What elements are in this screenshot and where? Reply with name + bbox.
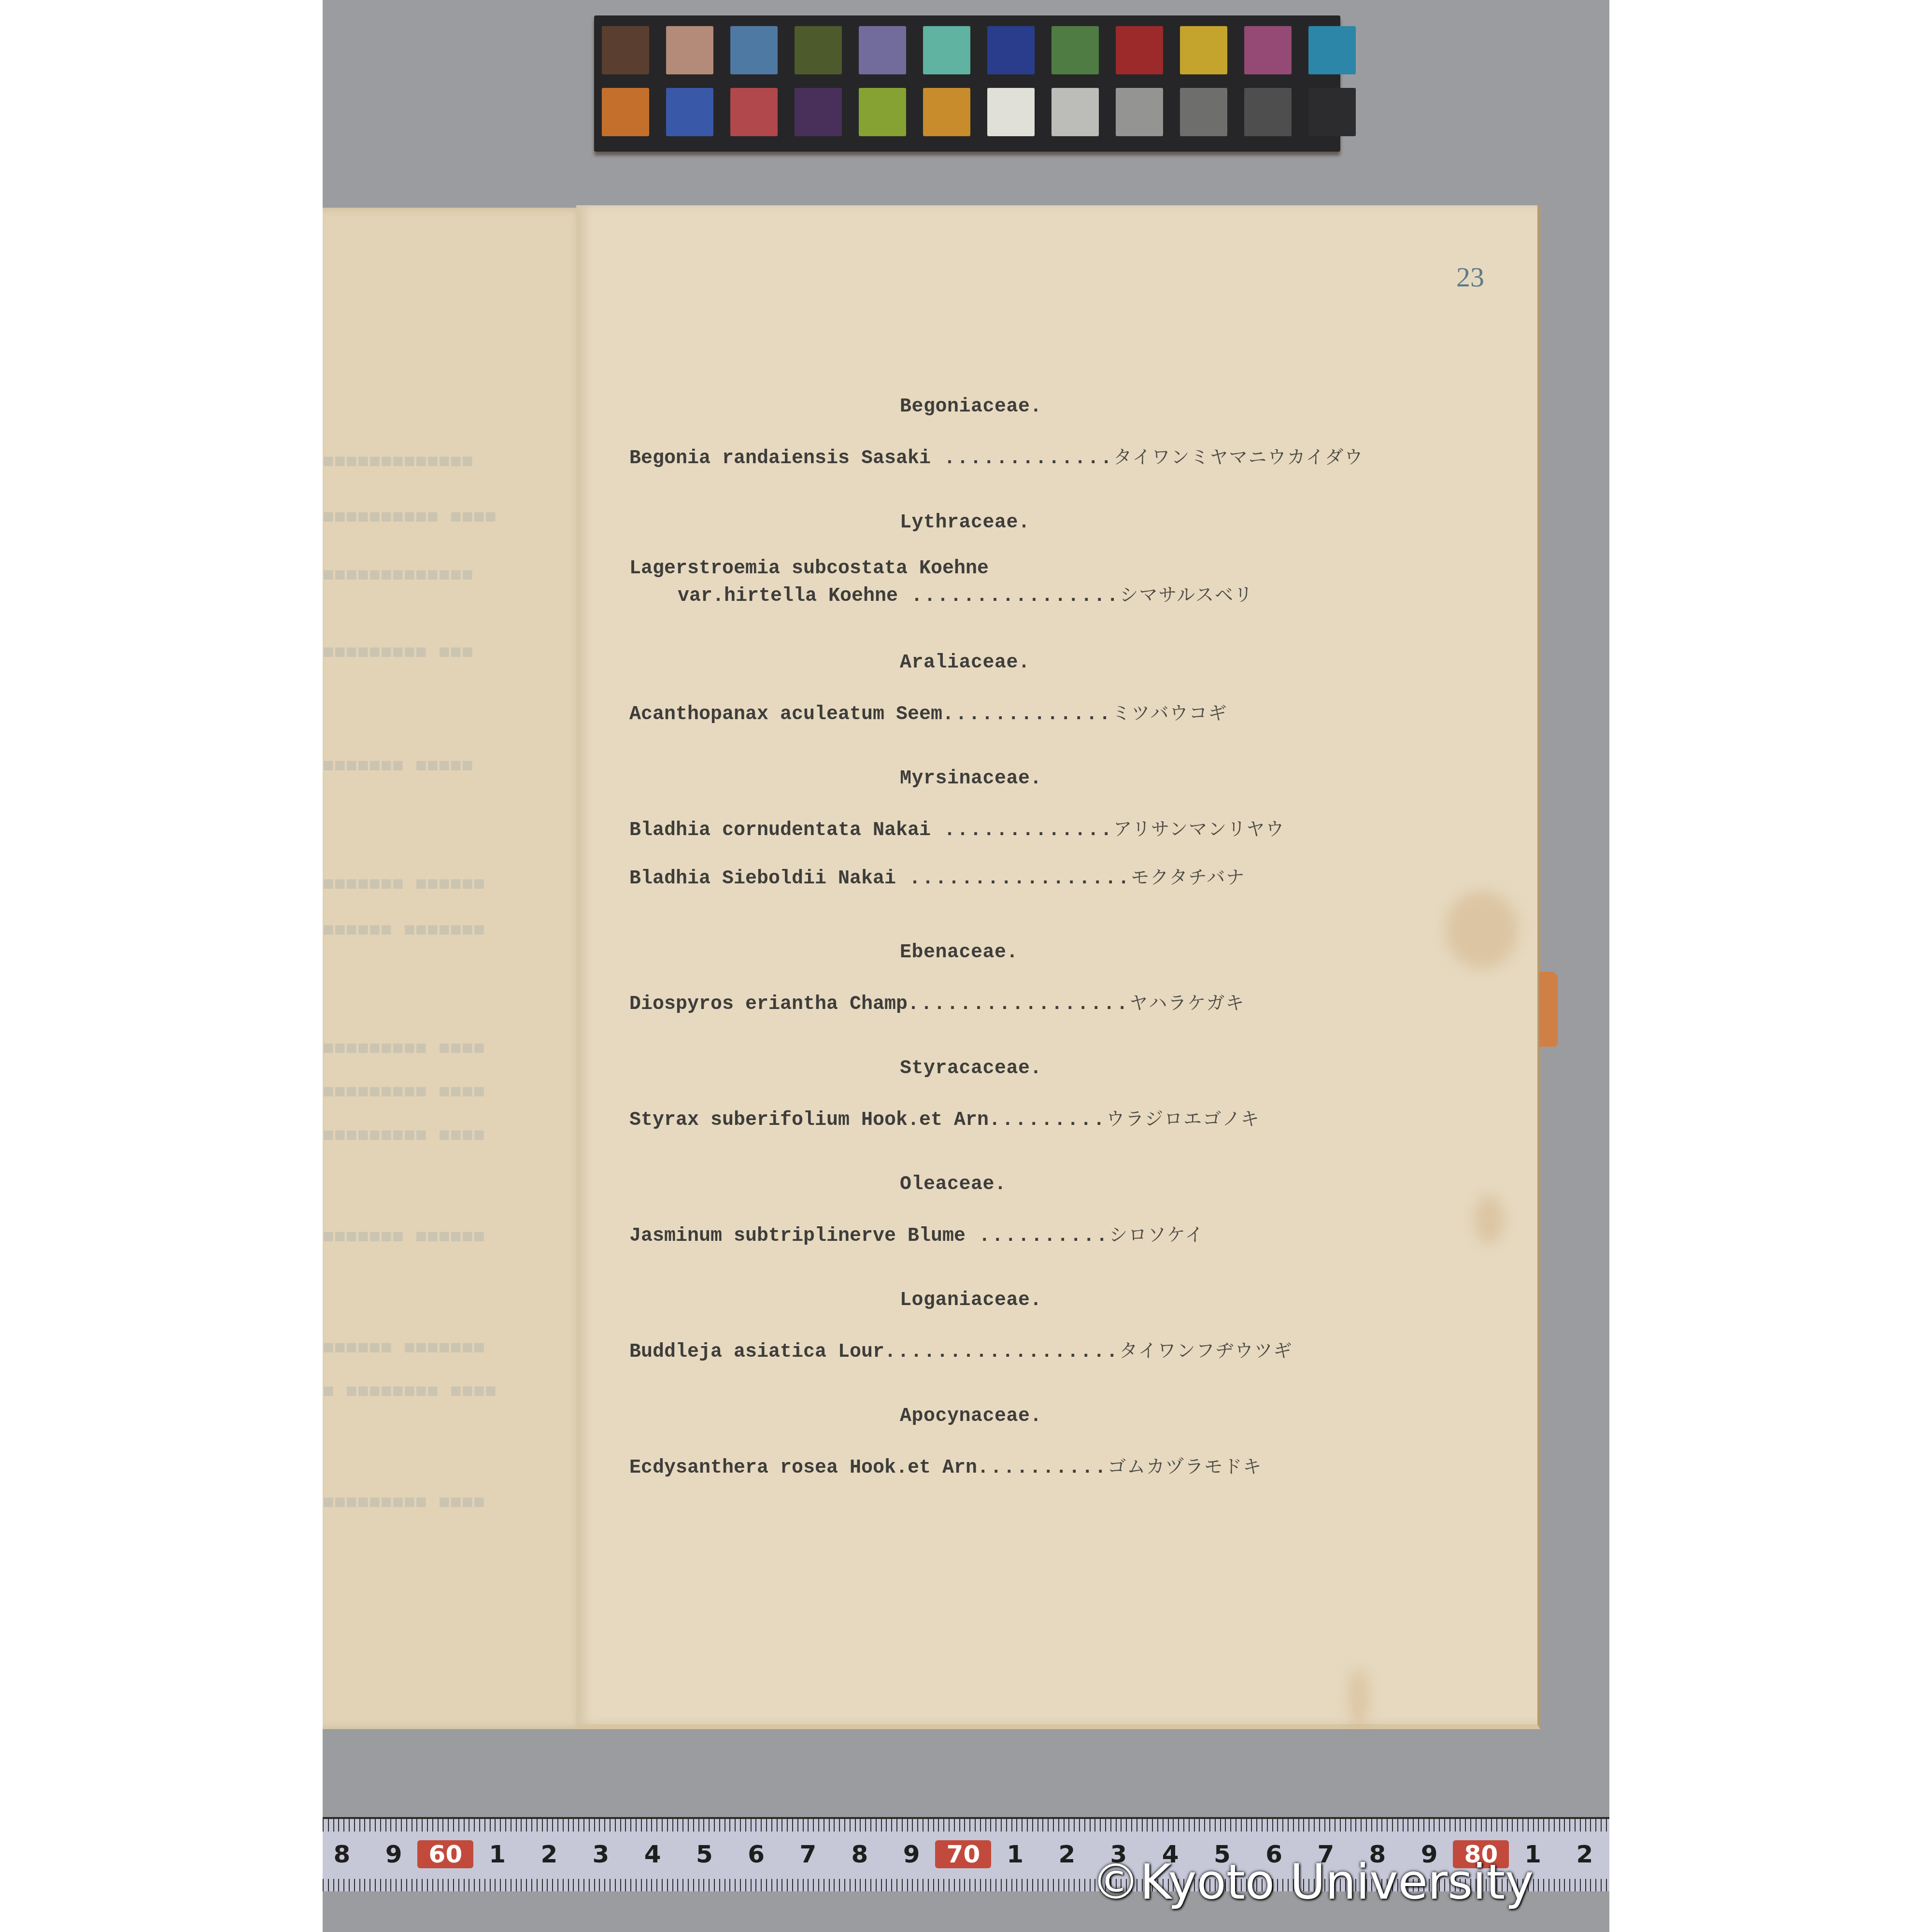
bleed-through-text: ■■■■ ■■■■■■■■■: [323, 1082, 485, 1104]
latin-name-continuation: var.hirtella Koehne ................シマサル…: [629, 580, 1253, 607]
bleed-through-text: ■■■■ ■■■■■■■■■: [323, 1125, 485, 1147]
latin-name: Jasminum subtriplinerve Blume: [629, 1225, 966, 1247]
japanese-name: シロソケイ: [1109, 1224, 1204, 1245]
paper-stain: [1475, 1195, 1504, 1244]
leader-dots: ..................: [884, 1341, 1119, 1363]
color-swatch: [1180, 26, 1227, 74]
family-heading: Myrsinaceae.: [900, 768, 1042, 790]
family-heading: Ebenaceae.: [900, 942, 1018, 964]
color-swatch: [666, 88, 713, 136]
leader-dots: ..........: [966, 1225, 1109, 1247]
latin-name: Buddleja asiatica Lour: [629, 1341, 884, 1363]
latin-name: Ecdysanthera rosea Hook.et Arn: [629, 1457, 977, 1479]
japanese-name: モクタチバナ: [1131, 867, 1245, 888]
color-swatch: [1244, 26, 1292, 74]
leader-dots: .............: [942, 704, 1112, 725]
color-checker-row-1: [602, 26, 1356, 74]
leader-dots: .................: [896, 868, 1131, 890]
japanese-name: ミツバウコギ: [1112, 702, 1227, 724]
ruler-label: 8: [327, 1840, 356, 1868]
color-swatch: [666, 26, 713, 74]
ruler-label: 6: [742, 1840, 771, 1868]
color-swatch: [1051, 26, 1099, 74]
bleed-through-text: ■■■■ ■■■■■■■■ ■: [323, 1381, 497, 1403]
leader-dots: ................: [898, 585, 1120, 607]
ruler-label: 3: [586, 1840, 615, 1868]
ruler-label: 4: [638, 1840, 667, 1868]
bleed-through-text: ■■■■■■ ■■■■■■■: [323, 1227, 485, 1249]
species-entry: Jasminum subtriplinerve Blume ..........…: [629, 1220, 1204, 1247]
right-page: [576, 205, 1540, 1729]
species-entry: Bladhia cornudentata Nakai .............…: [629, 814, 1285, 841]
copyright-watermark: ©Kyoto University: [1092, 1854, 1534, 1910]
japanese-name: ゴムカヅラモドキ: [1108, 1456, 1262, 1477]
family-heading: Begoniaceae.: [900, 396, 1042, 418]
species-entry: Buddleja asiatica Lour..................…: [629, 1335, 1293, 1363]
color-swatch: [602, 26, 649, 74]
japanese-name: シマサルスベリ: [1120, 584, 1253, 605]
japanese-name: ヤハラケガキ: [1129, 992, 1245, 1013]
bleed-through-text: ■■■■■■ ■■■■■■■: [323, 874, 485, 896]
bleed-through-text: ■■■■■ ■■■■■■■: [323, 756, 473, 778]
species-entry: Diospyros eriantha Champ................…: [629, 988, 1245, 1015]
color-swatch: [795, 26, 842, 74]
ruler-label: 5: [690, 1840, 719, 1868]
paper-stain: [1349, 1669, 1368, 1727]
color-swatch: [1116, 88, 1163, 136]
ruler-label: 1: [1001, 1840, 1030, 1868]
japanese-name: タイワンフヂウツギ: [1119, 1340, 1293, 1361]
latin-name: Bladhia Sieboldii Nakai: [629, 868, 896, 890]
japanese-name: アリサンマンリヤウ: [1113, 818, 1285, 839]
color-swatch: [1308, 88, 1356, 136]
species-entry: Styrax suberifolium Hook.et Arn.........…: [629, 1104, 1260, 1131]
ruler-major-label: 70: [935, 1840, 991, 1868]
species-entry: Acanthopanax aculeatum Seem.............…: [629, 698, 1227, 725]
family-heading: Apocynaceae.: [900, 1406, 1042, 1427]
color-checker: [594, 15, 1340, 152]
index-tab: [1539, 972, 1558, 1047]
latin-name: Styrax suberifolium Hook.et Arn: [629, 1109, 989, 1131]
color-swatch: [859, 26, 906, 74]
bleed-through-text: ■■■■ ■■■■■■■■■: [323, 1038, 485, 1060]
color-swatch: [859, 88, 906, 136]
ruler-label: 1: [483, 1840, 512, 1868]
species-entry: Bladhia Sieboldii Nakai ................…: [629, 862, 1245, 890]
color-swatch: [730, 26, 778, 74]
color-swatch: [1180, 88, 1227, 136]
species-entry: Begonia randaiensis Sasaki .............…: [629, 442, 1364, 469]
latin-name: Acanthopanax aculeatum Seem: [629, 704, 942, 725]
color-swatch: [602, 88, 649, 136]
leader-dots: .............: [931, 448, 1113, 469]
ruler-label: 2: [535, 1840, 564, 1868]
family-heading: Oleaceae.: [900, 1174, 1007, 1195]
bleed-through-text: ■■■■■■■ ■■■■■■: [323, 1338, 485, 1360]
color-swatch: [1116, 26, 1163, 74]
ruler-label: 2: [1052, 1840, 1081, 1868]
leader-dots: .............: [931, 820, 1113, 841]
leader-dots: .................: [908, 994, 1129, 1015]
color-swatch: [795, 88, 842, 136]
color-swatch: [1051, 88, 1099, 136]
japanese-name: ウラジロエゴノキ: [1106, 1108, 1260, 1129]
latin-name: Lagerstroemia subcostata Koehne: [629, 558, 989, 580]
ruler-label: 2: [1570, 1840, 1599, 1868]
ruler-major-label: 60: [417, 1840, 473, 1868]
bleed-through-text: ■■■■■■■ ■■■■■■: [323, 920, 485, 942]
leader-dots: .........: [989, 1109, 1106, 1131]
latin-name: Diospyros eriantha Champ: [629, 994, 908, 1015]
bleed-through-text: ■■■■■■■■■■■■■: [323, 565, 473, 587]
color-swatch: [730, 88, 778, 136]
ruler-label: 8: [845, 1840, 874, 1868]
ruler-label: 7: [794, 1840, 823, 1868]
species-entry: Lagerstroemia subcostata Koehnevar.hirte…: [629, 558, 1253, 607]
leader-dots: ..........: [977, 1457, 1108, 1479]
left-page: ■■■■■■■■■■■■■ ■■■■ ■■■■■■■■■■ ■■■■■■■■■■…: [323, 208, 586, 1729]
ruler-label: 9: [897, 1840, 926, 1868]
page-number: 23: [1456, 261, 1484, 293]
ruler-label: 9: [379, 1840, 408, 1868]
color-swatch: [987, 26, 1035, 74]
latin-name: Begonia randaiensis Sasaki: [629, 448, 931, 469]
color-swatch: [923, 26, 970, 74]
color-checker-row-2: [602, 88, 1356, 136]
bleed-through-text: ■■■■■■■■■■■■■: [323, 452, 473, 473]
bleed-through-text: ■■■■ ■■■■■■■■■: [323, 1492, 485, 1514]
bleed-through-text: ■■■■ ■■■■■■■■■■: [323, 507, 497, 529]
species-entry: Ecdysanthera rosea Hook.et Arn..........…: [629, 1451, 1262, 1479]
color-swatch: [1308, 26, 1356, 74]
family-heading: Araliaceae.: [900, 652, 1030, 674]
japanese-name: タイワンミヤマニウカイダウ: [1113, 446, 1364, 468]
family-heading: Loganiaceae.: [900, 1290, 1042, 1311]
bleed-through-text: ■■■ ■■■■■■■■■: [323, 642, 473, 664]
family-heading: Lythraceae.: [900, 512, 1030, 534]
family-heading: Styracaceae.: [900, 1058, 1042, 1080]
latin-name: Bladhia cornudentata Nakai: [629, 820, 931, 841]
color-swatch: [923, 88, 970, 136]
paper-stain: [1446, 891, 1518, 968]
color-swatch: [987, 88, 1035, 136]
color-swatch: [1244, 88, 1292, 136]
